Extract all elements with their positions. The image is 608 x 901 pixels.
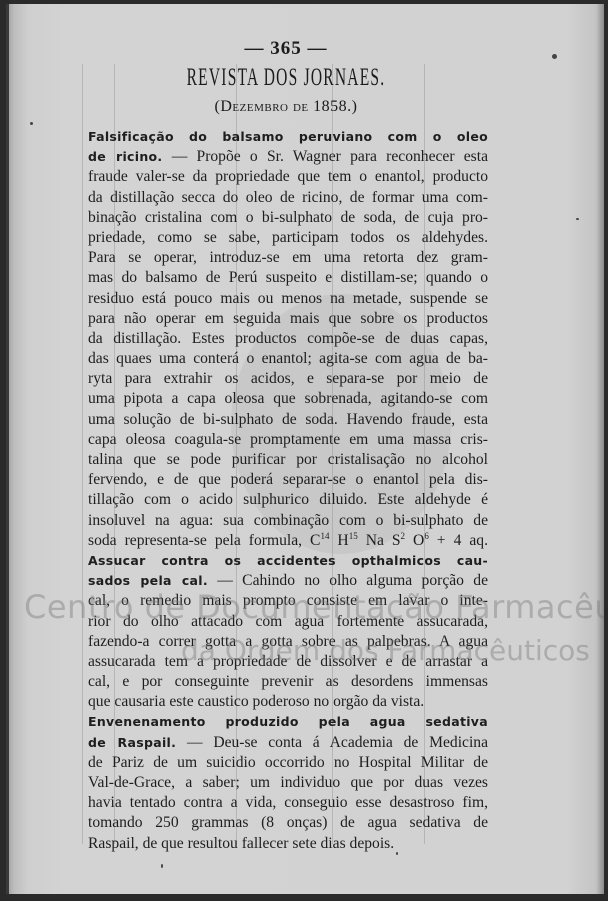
- text-line: fraude valer-se da propriedade que tem o…: [88, 167, 488, 187]
- article-section: Envenenamento produzido pela agua sedati…: [88, 712, 488, 853]
- body-text: de Pariz de um suicidio occorrido no Hos…: [88, 754, 488, 771]
- text-line: mas do balsamo de Perú suspeito e distil…: [88, 268, 488, 288]
- body-text: mas do balsamo de Perú suspeito e distil…: [88, 269, 488, 286]
- body-text: priedade, como se sabe, participam todos…: [88, 229, 488, 246]
- text-line: Raspail, de que resultou fallecer sete d…: [88, 834, 488, 854]
- text-line: de Pariz de um suicidio occorrido no Hos…: [88, 753, 488, 773]
- text-line: Envenenamento produzido pela agua sedati…: [88, 712, 488, 732]
- text-line: cal, o remedio mais prompto consiste em …: [88, 591, 488, 611]
- text-line: Val-de-Grace, a saber; um individuo que …: [88, 773, 488, 793]
- text-line: sados pela cal. — Cahindo no olho alguma…: [88, 571, 488, 591]
- article-heading: Envenenamento produzido pela agua sedati…: [88, 714, 488, 729]
- text-line: fervendo, e de que poderá separar-se o e…: [88, 470, 488, 490]
- article-section: Falsificação do balsamo peruviano com o …: [88, 127, 488, 551]
- body-text: Para se operar, introduz-se em uma retor…: [88, 249, 488, 266]
- text-line: cal, e por conseguinte prevenir as desor…: [88, 672, 488, 692]
- chemical-element: C14: [310, 532, 329, 549]
- article-heading: de ricino.: [88, 149, 162, 164]
- text-line: uma pipota a capa oleosa que sobrenada, …: [88, 389, 488, 409]
- text-line: uma solução de bi-sulphato de soda. Have…: [88, 410, 488, 430]
- text-line: fazendo-a correr gotta a gotta sobre as …: [88, 632, 488, 652]
- text-line: da distillação. Estes productos compõe-s…: [88, 329, 488, 349]
- article-heading: sados pela cal.: [88, 573, 208, 588]
- text-line: ryta para extrahir os acidos, e separa-s…: [88, 369, 488, 389]
- text-line: capa oleosa coagula-se promptamente em u…: [88, 430, 488, 450]
- body-text: fraude valer-se da propriedade que tem o…: [88, 168, 488, 185]
- chemical-element: O6: [405, 532, 429, 549]
- book-spine-edge: [6, 4, 9, 894]
- body-text: que causaria este caustico poderoso no o…: [88, 693, 424, 710]
- body-text: uma solução de bi-sulphato de soda. Have…: [88, 411, 488, 428]
- text-line: de ricino. — Propõe o Sr. Wagner para re…: [88, 147, 488, 167]
- body-text: Raspail, de que resultou fallecer sete d…: [88, 835, 394, 852]
- article-body: Falsificação do balsamo peruviano com o …: [88, 127, 488, 854]
- body-text: talina que se pode purificar por cristal…: [88, 451, 488, 468]
- gridline: [82, 64, 83, 844]
- body-text: havia tentado contra a vida, conseguio e…: [88, 794, 488, 811]
- body-text: binação cristalina com o bi-sulphato de …: [88, 209, 488, 226]
- body-text: fazendo-a correr gotta a gotta sobre as …: [88, 633, 488, 650]
- body-text: das quaes uma conterá o enantol; agita-s…: [88, 350, 488, 367]
- body-text: cal, e por conseguinte prevenir as desor…: [88, 673, 488, 690]
- text-line: de Raspail. — Deu-se conta á Academia de…: [88, 733, 488, 753]
- text-line: assucarada tem a propriedade de dissolve…: [88, 652, 488, 672]
- article-heading: de Raspail.: [88, 735, 176, 750]
- body-text: uma pipota a capa oleosa que sobrenada, …: [88, 390, 488, 407]
- body-text: — Cahindo no olho alguma porção de: [208, 572, 488, 589]
- text-line: insoluvel na agua: sua combinação com o …: [88, 511, 488, 531]
- text-line: residuo está pouco mais ou menos na meta…: [88, 289, 488, 309]
- article-heading: Falsificação do balsamo peruviano com o …: [88, 129, 488, 144]
- paper-speck: [552, 54, 557, 59]
- body-text: — Propõe o Sr. Wagner para reconhecer es…: [162, 148, 488, 165]
- body-text: para não operar em seguida mais que sobr…: [88, 310, 488, 327]
- text-line: Assucar contra os accidentes opthalmicos…: [88, 551, 488, 571]
- formula-line: soda representa-se pela formula, C14 H15…: [88, 531, 488, 551]
- text-line: que causaria este caustico poderoso no o…: [88, 692, 488, 712]
- journal-title: REVISTA DOS JORNAES.: [150, 64, 423, 92]
- paper-speck: [161, 864, 163, 868]
- text-line: tillação com o acido sulphurico diluido.…: [88, 490, 488, 510]
- body-text: tomando 250 grammas (8 onças) de agua se…: [88, 814, 488, 831]
- body-text: residuo está pouco mais ou menos na meta…: [88, 290, 488, 307]
- paper-speck: [576, 218, 579, 220]
- body-text: da distillação. Estes productos compõe-s…: [88, 330, 488, 347]
- text-line: das quaes uma conterá o enantol; agita-s…: [88, 349, 488, 369]
- body-text: cal, o remedio mais prompto consiste em …: [88, 592, 488, 609]
- body-text: ryta para extrahir os acidos, e separa-s…: [88, 370, 488, 387]
- body-text: Val-de-Grace, a saber; um individuo que …: [88, 774, 488, 791]
- text-line: para não operar em seguida mais que sobr…: [88, 309, 488, 329]
- text-line: priedade, como se sabe, participam todos…: [88, 228, 488, 248]
- text-line: Para se operar, introduz-se em uma retor…: [88, 248, 488, 268]
- body-text: capa oleosa coagula-se promptamente em u…: [88, 431, 488, 448]
- body-text: da distillação secca do oleo de ricino, …: [88, 189, 488, 206]
- text-line: tomando 250 grammas (8 onças) de agua se…: [88, 813, 488, 833]
- text-line: talina que se pode purificar por cristal…: [88, 450, 488, 470]
- body-text: tillação com o acido sulphurico diluido.…: [88, 491, 488, 508]
- paper-speck: [30, 122, 33, 125]
- text-line: havia tentado contra a vida, conseguio e…: [88, 793, 488, 813]
- chemical-element: Na S2: [358, 532, 405, 549]
- scanned-page: — 365 — REVISTA DOS JORNAES. (Dezembro d…: [6, 4, 604, 894]
- text-line: rior do olho attacado com agua fortement…: [88, 612, 488, 632]
- body-text: insoluvel na agua: sua combinação com o …: [88, 512, 488, 529]
- text-line: Falsificação do balsamo peruviano com o …: [88, 127, 488, 147]
- body-text: assucarada tem a propriedade de dissolve…: [88, 653, 488, 670]
- body-text: rior do olho attacado com agua fortement…: [88, 613, 488, 630]
- article-section: Assucar contra os accidentes opthalmicos…: [88, 551, 488, 713]
- text-line: da distillação secca do oleo de ricino, …: [88, 188, 488, 208]
- page-number: — 365 —: [66, 38, 506, 60]
- chemical-element: H15: [329, 532, 357, 549]
- date-line: (Dezembro de 1858.): [66, 98, 506, 116]
- paper-speck: [396, 852, 398, 855]
- body-text: fervendo, e de que poderá separar-se o e…: [88, 471, 488, 488]
- text-line: binação cristalina com o bi-sulphato de …: [88, 208, 488, 228]
- body-text: — Deu-se conta á Academia de Medicina: [176, 734, 488, 751]
- article-heading: Assucar contra os accidentes opthalmicos…: [88, 553, 488, 568]
